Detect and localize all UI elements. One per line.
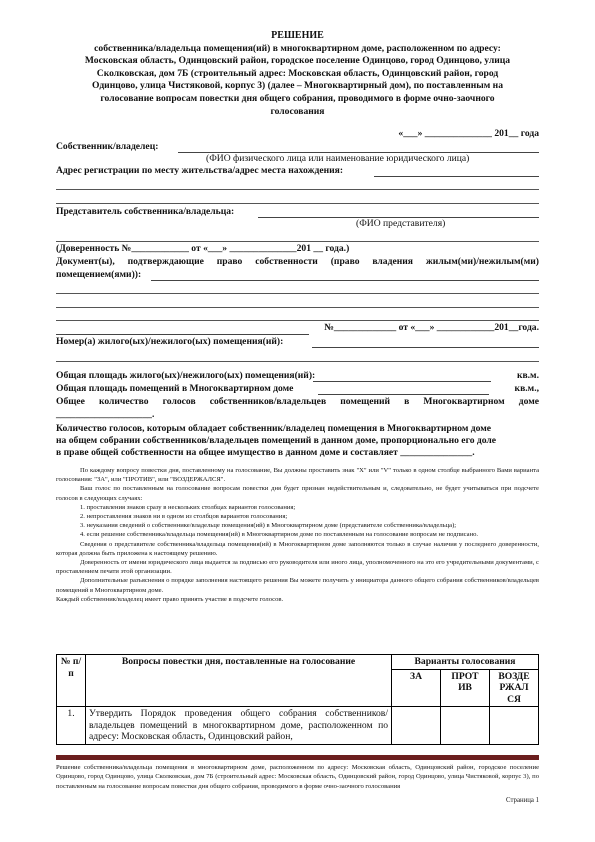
subtitle-line: голосование вопросам повестки дня общего… bbox=[56, 93, 539, 106]
col-options-header: Варианты голосования bbox=[392, 655, 539, 670]
subtitle-line: голосования bbox=[56, 106, 539, 119]
proxy-line[interactable]: (Доверенность №____________ от «___» ___… bbox=[56, 243, 539, 255]
address-line-3[interactable] bbox=[56, 203, 539, 204]
row-number: 1. bbox=[57, 707, 86, 745]
instruction-paragraph: 1. проставления знаков сразу в нескольки… bbox=[56, 503, 539, 512]
col-question-header: Вопросы повестки дня, поставленные на го… bbox=[86, 655, 392, 707]
instruction-paragraph: Дополнительные разъяснения о порядке зап… bbox=[56, 576, 539, 594]
vote-against-cell[interactable] bbox=[441, 707, 490, 745]
option-abstain-header: ВОЗДЕ РЖАЛ СЯ bbox=[490, 669, 539, 707]
total-votes-label: Общее количество голосов собственников/в… bbox=[56, 396, 539, 408]
room-numbers-line-2[interactable] bbox=[56, 361, 539, 362]
instruction-paragraph: 4. если решение собственника/владельца п… bbox=[56, 530, 539, 539]
instruction-paragraph: 2. непроставления знаков ни в одном из с… bbox=[56, 512, 539, 521]
owner-caption: (ФИО физического лица или наименование ю… bbox=[206, 153, 469, 165]
subtitle-line: Одинцово, улица Чистяковой, корпус 3) (д… bbox=[56, 80, 539, 93]
col-number-header: № п/п bbox=[57, 655, 86, 707]
row-question: Утвердить Порядок проведения общего собр… bbox=[86, 707, 392, 745]
page-number: Страница 1 bbox=[506, 797, 539, 804]
footer-divider bbox=[56, 755, 539, 760]
date-line[interactable]: «___» ______________ 201__ года bbox=[56, 128, 539, 140]
documents-label: Документ(ы), подтверждающие право собств… bbox=[56, 256, 539, 268]
documents-line-3[interactable] bbox=[56, 307, 539, 308]
heading: РЕШЕНИЕ bbox=[56, 30, 539, 43]
documents-field-5[interactable] bbox=[56, 333, 309, 335]
vote-for-cell[interactable] bbox=[392, 707, 441, 745]
voting-table: № п/п Вопросы повестки дня, поставленные… bbox=[56, 654, 539, 745]
instruction-paragraph: Ваш голос по поставленным на голосование… bbox=[56, 484, 539, 502]
subtitle-line: Московская область, Одинцовский район, г… bbox=[56, 55, 539, 68]
table-row: 1. Утвердить Порядок проведения общего с… bbox=[57, 707, 539, 745]
subtitle-line: собственника/владельца помещения(ий) в м… bbox=[56, 43, 539, 56]
subtitle-line: Сколковская, дом 7Б (строительный адрес:… bbox=[56, 68, 539, 81]
documents-number-line[interactable]: №_____________ от «___» ____________201_… bbox=[314, 322, 539, 334]
address-field[interactable] bbox=[374, 175, 539, 177]
instruction-paragraph: Сведения о представителе собственника/вл… bbox=[56, 540, 539, 558]
documents-line-2[interactable] bbox=[56, 293, 539, 294]
instruction-paragraph: Доверенность от имени юридического лица … bbox=[56, 558, 539, 576]
instructions: По каждому вопросу повестки дня, поставл… bbox=[56, 466, 539, 604]
documents-line-4[interactable] bbox=[56, 320, 539, 321]
vote-abstain-cell[interactable] bbox=[490, 707, 539, 745]
address-line-2[interactable] bbox=[56, 189, 539, 190]
document-title: РЕШЕНИЕ собственника/владельца помещения… bbox=[56, 30, 539, 118]
instruction-paragraph: По каждому вопросу повестки дня, поставл… bbox=[56, 466, 539, 484]
representative-caption: (ФИО представителя) bbox=[356, 218, 445, 230]
owner-votes-line: на общем собрании собственников/владельц… bbox=[56, 435, 539, 447]
total-area-unit: кв.м., bbox=[56, 383, 539, 395]
instruction-paragraph: 3. неуказания сведений о собственнике/вл… bbox=[56, 521, 539, 530]
representative-line-2[interactable] bbox=[56, 241, 539, 242]
documents-field[interactable] bbox=[151, 279, 539, 281]
option-for-header: ЗА bbox=[392, 669, 441, 707]
option-against-header: ПРОТ ИВ bbox=[441, 669, 490, 707]
room-numbers-field[interactable] bbox=[312, 346, 539, 348]
owner-votes-line: Количество голосов, которым обладает соб… bbox=[56, 423, 539, 435]
total-votes-field[interactable]: ____________________. bbox=[56, 409, 539, 421]
area-unit: кв.м. bbox=[56, 370, 539, 382]
instruction-paragraph: Каждый собственник/владелец имеет право … bbox=[56, 595, 539, 604]
owner-votes-line[interactable]: в праве общей собственности на общее иму… bbox=[56, 447, 539, 459]
footer-text: Решение собственника/владельца помещения… bbox=[56, 763, 539, 791]
